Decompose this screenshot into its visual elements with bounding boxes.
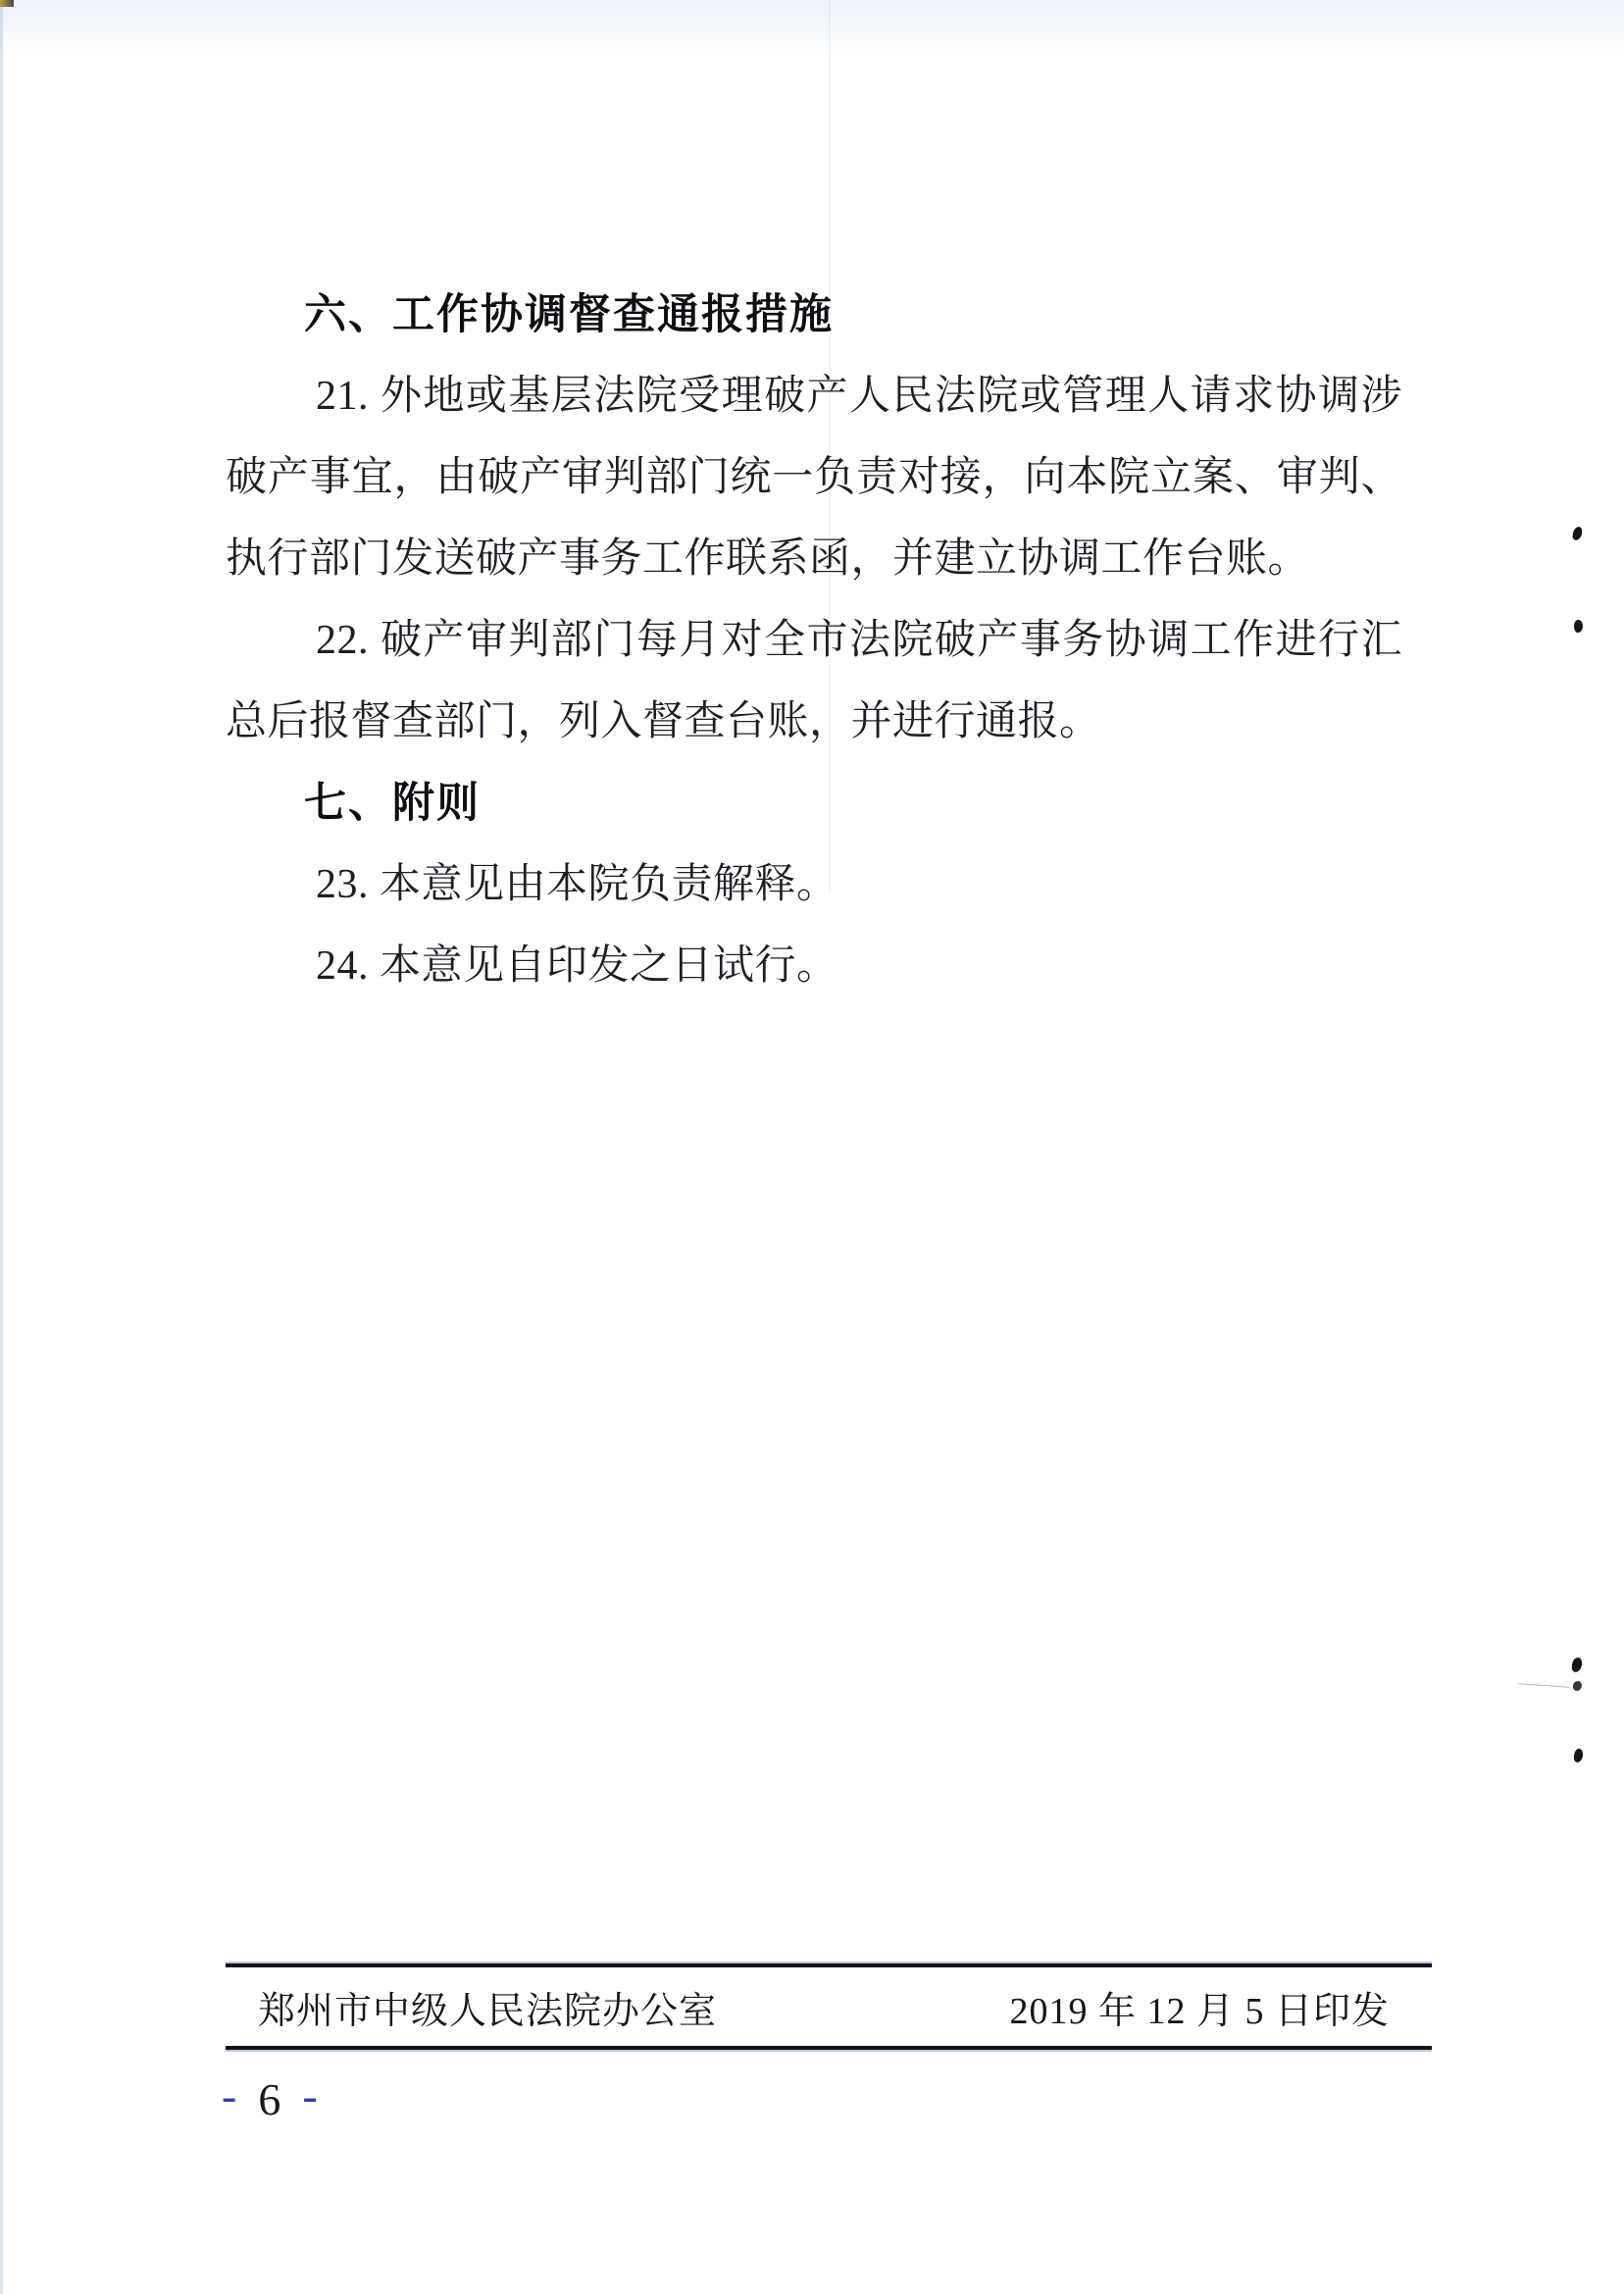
ink-speck <box>1572 526 1584 541</box>
para-21-line-1: 21. 外地或基层法院受理破产人民法院或管理人请求协调涉 <box>226 356 1402 437</box>
issuing-office-label: 郑州市中级人民法院办公室 <box>258 1980 717 2034</box>
page-number-suffix-dash: - <box>302 2069 317 2121</box>
ink-speck <box>1573 1749 1583 1763</box>
para-21-line-3: 执行部门发送破产事务工作联系函，并建立协调工作台账。 <box>226 519 1402 600</box>
section-seven-heading: 七、附则 <box>226 763 1402 844</box>
section-six-heading: 六、工作协调督查通报措施 <box>226 275 1402 356</box>
page-number-prefix-dash: - <box>222 2069 236 2121</box>
para-22-line-1: 22. 破产审判部门每月对全市法院破产事务协调工作进行汇 <box>226 600 1402 682</box>
page-number: - 6 - <box>222 2067 318 2130</box>
ink-speck <box>1571 1657 1583 1672</box>
scanned-document-page: 六、工作协调督查通报措施 21. 外地或基层法院受理破产人民法院或管理人请求协调… <box>0 0 1624 2294</box>
page-number-value: 6 <box>258 2073 280 2125</box>
scan-hairline-mark <box>1518 1683 1569 1688</box>
scan-edge-shadow <box>0 0 3 2294</box>
footer-rule-bottom <box>226 2046 1432 2050</box>
scan-corner-speck <box>0 0 14 7</box>
print-date-label: 2019 年 12 月 5 日印发 <box>1009 1980 1390 2034</box>
para-23: 23. 本意见由本院负责解释。 <box>226 844 1402 926</box>
para-22-line-2: 总后报督查部门，列入督查台账，并进行通报。 <box>226 682 1402 763</box>
para-24: 24. 本意见自印发之日试行。 <box>226 926 1402 1007</box>
footer: 郑州市中级人民法院办公室 2019 年 12 月 5 日印发 <box>226 1967 1432 2046</box>
ink-speck <box>1573 620 1583 634</box>
ink-speck <box>1573 1681 1582 1691</box>
para-21-line-2: 破产事宜，由破产审判部门统一负责对接，向本院立案、审判、 <box>226 437 1402 519</box>
document-body: 六、工作协调督查通报措施 21. 外地或基层法院受理破产人民法院或管理人请求协调… <box>226 275 1402 1007</box>
